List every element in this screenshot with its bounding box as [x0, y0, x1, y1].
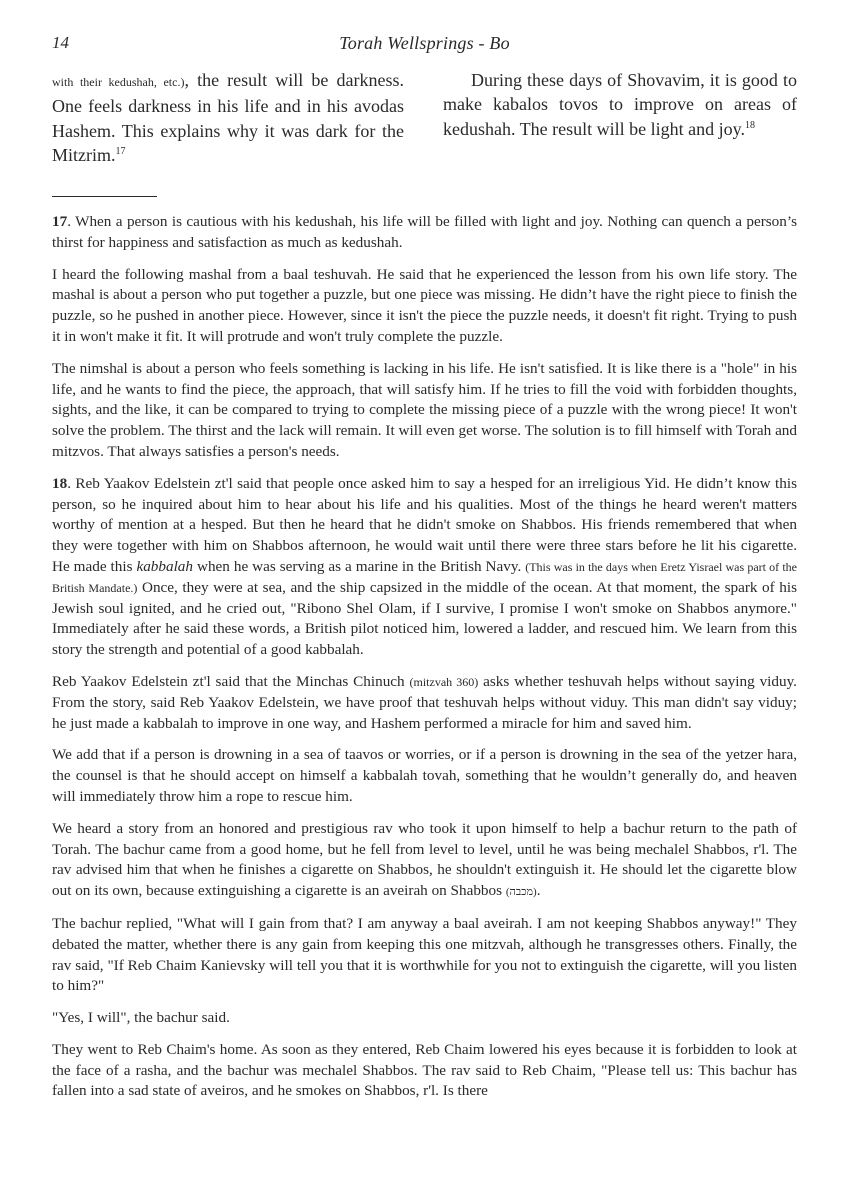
italic-term: kabbalah: [136, 558, 193, 575]
footnote-18-para-6: "Yes, I will", the bachur said.: [52, 1008, 797, 1029]
footnote-17-para-3: The nimshal is about a person who feels …: [52, 359, 797, 463]
footnote-17-para-1: 17. When a person is cautious with his k…: [52, 212, 797, 254]
footnotes-section: 17. When a person is cautious with his k…: [52, 212, 797, 1113]
footnote-18-para-1: 18. Reb Yaakov Edelstein zt'l said that …: [52, 474, 797, 661]
source-citation: (mitzvah 360): [410, 675, 479, 689]
page-header: 14 Torah Wellsprings - Bo: [52, 33, 797, 57]
hebrew-term: (מכבה): [506, 886, 537, 898]
document-page: 14 Torah Wellsprings - Bo with their ked…: [0, 0, 849, 1200]
footnote-number: 18: [52, 475, 67, 492]
footnote-text: when he was serving as a marine in the B…: [193, 558, 525, 575]
footnote-text: . When a person is cautious with his ked…: [52, 213, 797, 251]
footnote-18-para-2: Reb Yaakov Edelstein zt'l said that the …: [52, 672, 797, 734]
footnote-number: 17: [52, 213, 67, 230]
running-title: Torah Wellsprings - Bo: [52, 33, 797, 54]
footnote-ref-17[interactable]: 17: [116, 146, 126, 157]
footnote-17-para-2: I heard the following mashal from a baal…: [52, 265, 797, 348]
footnote-18-para-5: The bachur replied, "What will I gain fr…: [52, 914, 797, 997]
footnote-text: .: [537, 882, 541, 899]
footnote-text: We heard a story from an honored and pre…: [52, 820, 797, 899]
footnote-text: Once, they were at sea, and the ship cap…: [52, 579, 797, 658]
footnote-18-para-3: We add that if a person is drowning in a…: [52, 745, 797, 807]
footnote-text: Reb Yaakov Edelstein zt'l said that the …: [52, 673, 410, 690]
body-column-left: with their kedushah, etc.), the result w…: [52, 68, 404, 168]
footnote-18-para-7: They went to Reb Chaim's home. As soon a…: [52, 1040, 797, 1102]
footnote-ref-18[interactable]: 18: [745, 120, 755, 131]
body-small-prefix: with their kedushah, etc.): [52, 75, 184, 89]
body-text-right: During these days of Shovavim, it is goo…: [443, 70, 797, 139]
body-column-right: During these days of Shovavim, it is goo…: [443, 68, 797, 141]
footnote-separator-rule: [52, 196, 157, 197]
footnote-18-para-4: We heard a story from an honored and pre…: [52, 819, 797, 903]
